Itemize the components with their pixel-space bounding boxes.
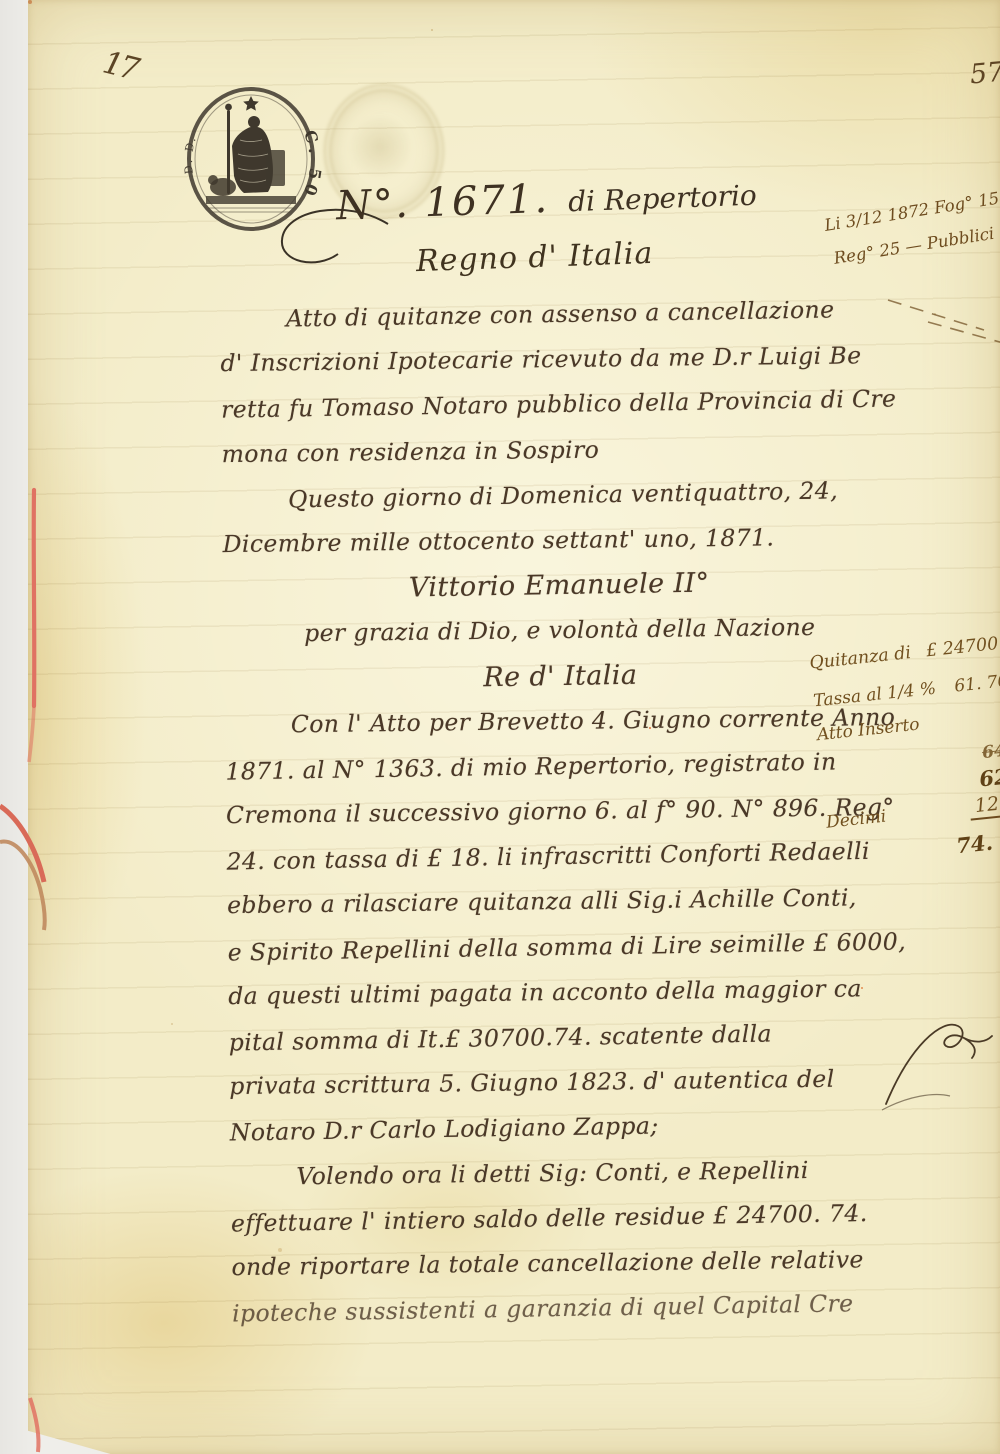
margin-calc-row: Tassa al 1/4 % 61. 70,1 [812, 669, 1000, 711]
repertorio-label: di Repertorio [568, 179, 758, 219]
margin-calc-row: Atto Inserto 1 ₤ [816, 703, 1000, 746]
margin-calc-value: £ 24700. 7 [925, 632, 1000, 662]
margin-calc-value: 64 [981, 741, 1000, 763]
notary-paraph-icon [880, 1000, 1000, 1118]
embossed-seal-center [349, 113, 411, 181]
margin-calc-row: 74. 40 [829, 827, 1000, 869]
margin-calc-value: 61. 70,1 [953, 669, 1000, 696]
margin-calc-label: Tassa al 1/4 % [812, 679, 936, 712]
stamp-denomination: C. 50 [299, 128, 326, 202]
margin-calc-value: 74. 40 [955, 829, 1000, 857]
registration-dashes-icon [884, 282, 1000, 352]
margin-calc-label: Decimi [825, 807, 887, 833]
margin-calculation: Quitanza di £ 24700. 7 Tassa al 1/4 % 61… [809, 632, 1000, 884]
margin-calc-value: 12. 40 [968, 790, 1000, 821]
italia-figure-icon [206, 96, 296, 212]
margin-calc-value: 62 [978, 767, 1000, 790]
page-number: 57 [969, 57, 1000, 91]
corner-paraph: 17 [99, 44, 140, 87]
act-body-text: Atto di quitanze con assenso a cancellaz… [220, 288, 905, 1335]
regno-ditalia-heading: Regno d' Italia [415, 236, 653, 279]
repertorio-number: N°. 1671. [335, 176, 549, 229]
registration-note: Li 3/12 1872 Fog° 158 N° 12 Reg° 25 — Pu… [822, 176, 1000, 277]
stamp-arc-text: D. D. [182, 134, 199, 175]
body-line: ipoteche sussistenti a garanzia di quel … [232, 1281, 905, 1337]
margin-calc-label: Atto Inserto [816, 715, 920, 746]
svg-text:C. 50: C. 50 [299, 128, 326, 202]
ink-specks [28, 0, 32, 4]
svg-text:D. D.: D. D. [182, 134, 199, 175]
manuscript-page: D. D. C. 50 [28, 0, 1000, 1454]
